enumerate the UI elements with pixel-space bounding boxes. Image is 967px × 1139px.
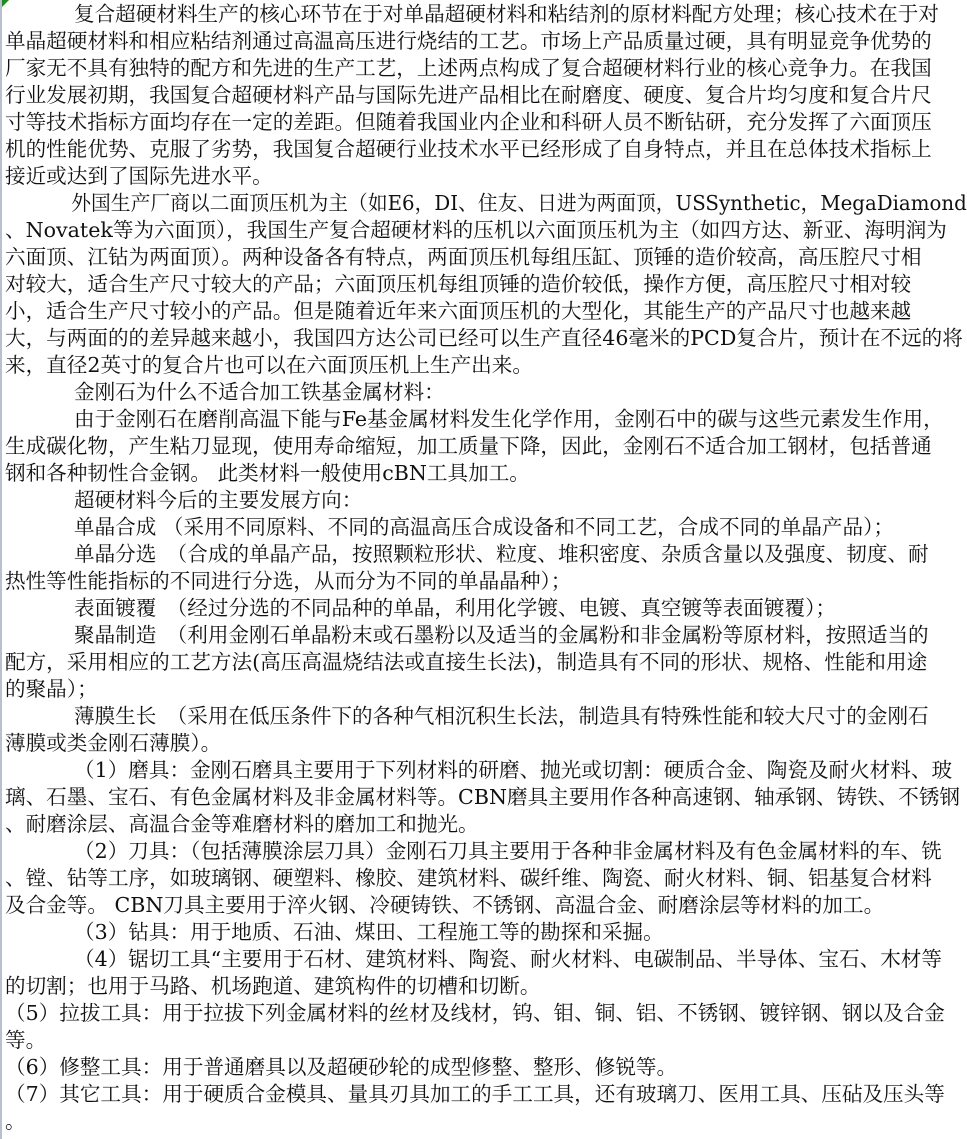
- item-drilling-tools: （3）钻具：用于地质、石油、煤田、工程施工等的勘探和采掘。: [5, 919, 967, 946]
- text-line: 接近或达到了国际先进水平。: [5, 163, 967, 190]
- text-line: 外国生产厂商以二面顶压机为主（如E6，DI、住友、日进为两面顶，USSynthe…: [5, 190, 929, 217]
- paragraph-press-comparison: 外国生产厂商以二面顶压机为主（如E6，DI、住友、日进为两面顶，USSynthe…: [5, 190, 967, 379]
- text-line: 等。: [5, 1027, 967, 1054]
- text-line: 、耐磨涂层、高温合金等难磨材料的磨加工和抛光。: [5, 811, 967, 838]
- text-line: 、Novatek等为六面顶），我国生产复合超硬材料的压机以六面顶压机为主（如四方…: [5, 217, 967, 244]
- text-line: 璃、石墨、宝石、有色金属材料及非金属材料等。CBN磨具主要用作各种高速钢、轴承钢…: [5, 784, 967, 811]
- text-line: 、镗、钻等工序，如玻璃钢、硬塑料、橡胶、建筑材料、碳纤维、陶瓷、耐火材料、铜、铝…: [5, 865, 967, 892]
- text-line: 六面顶、江钻为两面顶）。两种设备各有特点，两面顶压机每组压缸、顶锤的造价较高，高…: [5, 244, 967, 271]
- heading-diamond-iron-question: 金刚石为什么不适合加工铁基金属材料：: [5, 379, 967, 406]
- text-line: 钢和各种韧性合金钢。 此类材料一般使用cBN工具加工。: [5, 460, 967, 487]
- text-line: 生成碳化物，产生粘刀显现，使用寿命缩短，加工质量下降，因此，金刚石不适合加工钢材…: [5, 433, 967, 460]
- text-line: （2）刀具：（包括薄膜涂层刀具）金刚石刀具主要用于各种非金属材料及有色金属材料的…: [5, 838, 967, 865]
- item-film-growth: 薄膜生长 （采用在低压条件下的各种气相沉积生长法，制造具有特殊性能和较大尺寸的金…: [5, 703, 967, 757]
- text-line: 热性等性能指标的不同进行分选，从而分为不同的单晶晶种）；: [5, 568, 967, 595]
- text-line: 及合金等。 CBN刀具主要用于淬火钢、冷硬铸铁、不锈钢、高温合金、耐磨涂层等材料…: [5, 892, 967, 919]
- text-line: 配方，采用相应的工艺方法(高压高温烧结法或直接生长法)，制造具有不同的形状、规格…: [5, 649, 967, 676]
- heading-development-directions: 超硬材料今后的主要发展方向：: [5, 487, 967, 514]
- text-cell[interactable]: 复合超硬材料生产的核心环节在于对单晶超硬材料和粘结剂的原材料配方处理；核心技术在…: [0, 0, 967, 1139]
- text-line: 机的性能优势、克服了劣势，我国复合超硬行业技术水平已经形成了自身特点，并且在总体…: [5, 136, 967, 163]
- text-line: （4）锯切工具“主要用于石材、建筑材料、陶瓷、耐火材料、电碳制品、半导体、宝石、…: [5, 946, 967, 973]
- text-line: 小，适合生产尺寸较小的产品。但是随着近年来六面顶压机的大型化，其能生产的产品尺寸…: [5, 298, 967, 325]
- text-line: 表面镀覆 （经过分选的不同品种的单晶，利用化学镀、电镀、真空镀等表面镀覆）；: [5, 595, 967, 622]
- text-line: 金刚石为什么不适合加工铁基金属材料：: [5, 379, 967, 406]
- text-line: 聚晶制造 （利用金刚石单晶粉末或石墨粉以及适当的金属粉和非金属粉等原材料，按照适…: [5, 622, 967, 649]
- text-line: 单晶合成 （采用不同原料、不同的高温高压合成设备和不同工艺，合成不同的单晶产品）…: [5, 514, 967, 541]
- item-sawing-tools: （4）锯切工具“主要用于石材、建筑材料、陶瓷、耐火材料、电碳制品、半导体、宝石、…: [5, 946, 967, 1000]
- text-line: 来，直径2英寸的复合片也可以在六面顶压机上生产出来。: [5, 352, 967, 379]
- item-abrasive-tools: （1）磨具：金刚石磨具主要用于下列材料的研磨、抛光或切割：硬质合金、陶瓷及耐火材…: [5, 757, 967, 838]
- cell-indicator-triangle-icon: [2, 0, 9, 7]
- item-cutting-tools: （2）刀具：（包括薄膜涂层刀具）金刚石刀具主要用于各种非金属材料及有色金属材料的…: [5, 838, 967, 919]
- text-line: 行业发展初期，我国复合超硬材料产品与国际先进产品相比在耐磨度、硬度、复合片均匀度…: [5, 82, 967, 109]
- item-other-tools: （7）其它工具：用于硬质合金模具、量具刃具加工的手工工具，还有玻璃刀、医用工具、…: [5, 1081, 967, 1135]
- text-line: 复合超硬材料生产的核心环节在于对单晶超硬材料和粘结剂的原材料配方处理；核心技术在…: [5, 1, 967, 28]
- text-line: 寸等技术指标方面均存在一定的差距。但随着我国业内企业和科研人员不断钻研，充分发挥…: [5, 109, 967, 136]
- text-line: （3）钻具：用于地质、石油、煤田、工程施工等的勘探和采掘。: [5, 919, 967, 946]
- text-line: 的聚晶）；: [5, 676, 967, 703]
- item-single-crystal-synthesis: 单晶合成 （采用不同原料、不同的高温高压合成设备和不同工艺，合成不同的单晶产品）…: [5, 514, 967, 541]
- item-surface-coating: 表面镀覆 （经过分选的不同品种的单晶，利用化学镀、电镀、真空镀等表面镀覆）；: [5, 595, 967, 622]
- item-single-crystal-sorting: 单晶分选 （合成的单晶产品，按照颗粒形状、粒度、堆积密度、杂质含量以及强度、韧度…: [5, 541, 967, 595]
- paragraph-diamond-iron-answer: 由于金刚石在磨削高温下能与Fe基金属材料发生化学作用，金刚石中的碳与这些元素发生…: [5, 406, 967, 487]
- text-line: 单晶分选 （合成的单晶产品，按照颗粒形状、粒度、堆积密度、杂质含量以及强度、韧度…: [5, 541, 967, 568]
- text-line: （1）磨具：金刚石磨具主要用于下列材料的研磨、抛光或切割：硬质合金、陶瓷及耐火材…: [5, 757, 967, 784]
- item-drawing-tools: （5）拉拔工具：用于拉拔下列金属材料的丝材及线材，钨、钼、铜、铝、不锈钢、镀锌钢…: [5, 1000, 967, 1054]
- paragraph-pcd-core-technology: 复合超硬材料生产的核心环节在于对单晶超硬材料和粘结剂的原材料配方处理；核心技术在…: [5, 1, 967, 190]
- text-line: 超硬材料今后的主要发展方向：: [5, 487, 967, 514]
- text-line: 。: [5, 1108, 967, 1135]
- text-line: 薄膜生长 （采用在低压条件下的各种气相沉积生长法，制造具有特殊性能和较大尺寸的金…: [5, 703, 967, 730]
- text-line: 单晶超硬材料和相应粘结剂通过高温高压进行烧结的工艺。市场上产品质量过硬，具有明显…: [5, 28, 967, 55]
- text-line: 大，与两面的的差异越来越小，我国四方达公司已经可以生产直径46毫米的PCD复合片…: [5, 325, 967, 352]
- text-line: 厂家无不具有独特的配方和先进的生产工艺，上述两点构成了复合超硬材料行业的核心竞争…: [5, 55, 967, 82]
- text-line: （5）拉拔工具：用于拉拔下列金属材料的丝材及线材，钨、钼、铜、铝、不锈钢、镀锌钢…: [5, 1000, 967, 1027]
- document-body: 复合超硬材料生产的核心环节在于对单晶超硬材料和粘结剂的原材料配方处理；核心技术在…: [5, 1, 967, 1135]
- text-line: 薄膜或类金刚石薄膜）。: [5, 730, 967, 757]
- item-dressing-tools: （6）修整工具：用于普通磨具以及超硬砂轮的成型修整、整形、修锐等。: [5, 1054, 967, 1081]
- text-line: （6）修整工具：用于普通磨具以及超硬砂轮的成型修整、整形、修锐等。: [5, 1054, 967, 1081]
- text-line: 对较大，适合生产尺寸较大的产品；六面顶压机每组顶锤的造价较低，操作方便，高压腔尺…: [5, 271, 967, 298]
- item-polycrystal-manufacturing: 聚晶制造 （利用金刚石单晶粉末或石墨粉以及适当的金属粉和非金属粉等原材料，按照适…: [5, 622, 967, 703]
- text-line: （7）其它工具：用于硬质合金模具、量具刃具加工的手工工具，还有玻璃刀、医用工具、…: [5, 1081, 967, 1108]
- text-line: 由于金刚石在磨削高温下能与Fe基金属材料发生化学作用，金刚石中的碳与这些元素发生…: [5, 406, 967, 433]
- text-line: 的切割；也用于马路、机场跑道、建筑构件的切槽和切断。: [5, 973, 967, 1000]
